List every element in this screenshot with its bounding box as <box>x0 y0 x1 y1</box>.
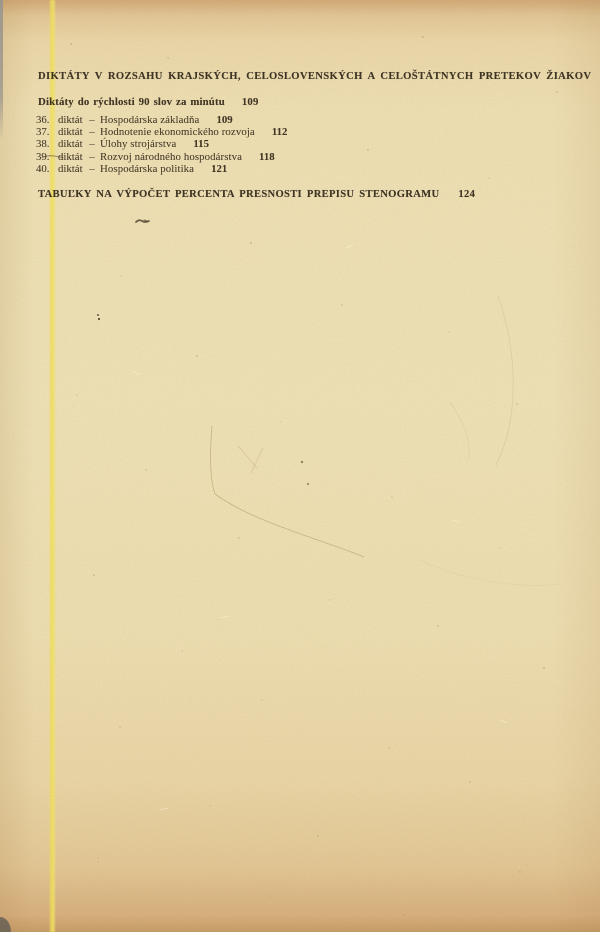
toc-row: 36. diktát – Hospodárska základňa 109 <box>36 114 287 126</box>
item-dash: – <box>84 138 100 150</box>
item-dash: – <box>84 163 100 175</box>
toc-item-list: 36. diktát – Hospodárska základňa 109 37… <box>36 114 287 175</box>
item-dash: – <box>84 126 100 138</box>
item-number: 38. <box>36 138 58 150</box>
item-dash: – <box>84 151 100 163</box>
section-heading: DIKTÁTY V ROZSAHU KRAJSKÝCH, CELOSLOVENS… <box>38 71 600 82</box>
subsection-page-number: 109 <box>242 96 259 108</box>
footer-heading-text: TABUĽKY NA VÝPOČET PERCENTA PRESNOSTI PR… <box>38 189 439 200</box>
item-page-number: 115 <box>193 138 209 150</box>
scanned-book-page: DIKTÁTY V ROZSAHU KRAJSKÝCH, CELOSLOVENS… <box>0 0 600 932</box>
toc-row: 39. diktát – Rozvoj národného hospodárst… <box>36 151 287 163</box>
item-word: diktát <box>58 126 84 138</box>
item-number: 39. <box>36 151 58 163</box>
item-page-number: 112 <box>272 126 288 138</box>
item-dash: – <box>84 114 100 126</box>
footer-heading-page-number: 124 <box>458 189 475 200</box>
subsection-heading-text: Diktáty do rýchlosti 90 slov za minútu <box>38 96 225 108</box>
item-title: Rozvoj národného hospodárstva <box>100 151 242 163</box>
item-page-number: 109 <box>216 114 232 126</box>
section-heading-text: DIKTÁTY V ROZSAHU KRAJSKÝCH, CELOSLOVENS… <box>38 71 591 82</box>
item-word: diktát <box>58 114 84 126</box>
item-number: 36. <box>36 114 58 126</box>
item-page-number: 121 <box>211 163 227 175</box>
item-word: diktát <box>58 163 84 175</box>
item-number: 40. <box>36 163 58 175</box>
item-title: Hodnotenie ekonomického rozvoja <box>100 126 255 138</box>
item-title: Hospodárska politika <box>100 163 194 175</box>
text-layer: DIKTÁTY V ROZSAHU KRAJSKÝCH, CELOSLOVENS… <box>0 0 600 932</box>
toc-row: 40. diktát – Hospodárska politika 121 <box>36 163 287 175</box>
footer-heading: TABUĽKY NA VÝPOČET PERCENTA PRESNOSTI PR… <box>38 189 475 200</box>
item-title: Hospodárska základňa <box>100 114 199 126</box>
toc-row: 37. diktát – Hodnotenie ekonomického roz… <box>36 126 287 138</box>
item-page-number: 118 <box>259 151 275 163</box>
toc-row: 38. diktát – Úlohy strojárstva 115 <box>36 138 287 150</box>
item-word: diktát <box>58 138 84 150</box>
item-number: 37. <box>36 126 58 138</box>
item-title: Úlohy strojárstva <box>100 138 176 150</box>
item-word: diktát <box>58 151 84 163</box>
subsection-heading: Diktáty do rýchlosti 90 slov za minútu 1… <box>38 96 259 108</box>
